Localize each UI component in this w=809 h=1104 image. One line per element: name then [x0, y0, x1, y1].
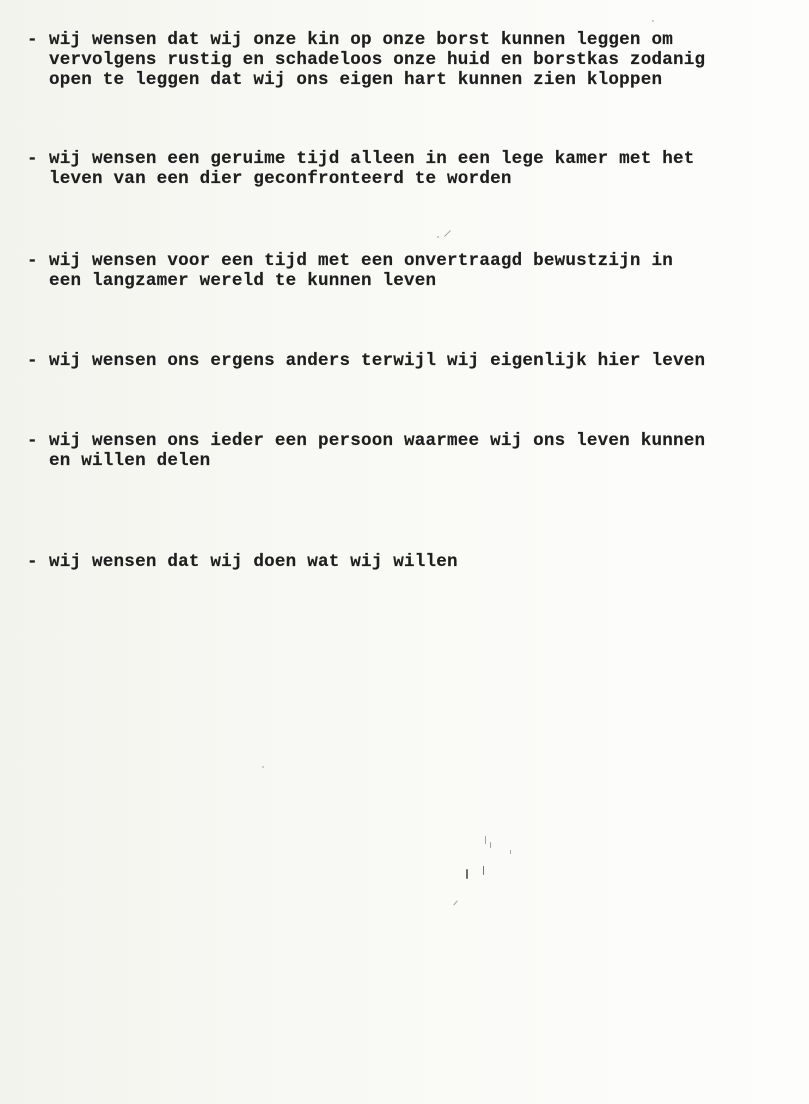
bullet-dash: - — [27, 149, 49, 169]
wish-line: -wij wensen een geruime tijd alleen in e… — [27, 149, 694, 169]
wish-text: open te leggen dat wij ons eigen hart ku… — [49, 70, 662, 90]
bullet-dash: - — [27, 30, 49, 50]
wish-text: een langzamer wereld te kunnen leven — [49, 271, 436, 291]
wish-line: -wij wensen voor een tijd met een onvert… — [27, 251, 673, 271]
wish-text: wij wensen dat wij onze kin op onze bors… — [49, 30, 673, 50]
bullet-dash: - — [27, 552, 49, 572]
wish-item-2: -wij wensen een geruime tijd alleen in e… — [27, 149, 694, 189]
wish-line: -wij wensen dat wij onze kin op onze bor… — [27, 30, 705, 50]
wish-text: en willen delen — [49, 451, 210, 471]
wish-text: wij wensen ons ergens anders terwijl wij… — [49, 351, 705, 371]
wish-text: leven van een dier geconfronteerd te wor… — [49, 169, 512, 189]
wish-text: wij wensen dat wij doen wat wij willen — [49, 552, 458, 572]
wish-line: en willen delen — [27, 451, 705, 471]
wish-text: wij wensen voor een tijd met een onvertr… — [49, 251, 673, 271]
wish-item-3: -wij wensen voor een tijd met een onvert… — [27, 251, 673, 291]
bullet-dash: - — [27, 431, 49, 451]
wish-line: -wij wensen ons ergens anders terwijl wi… — [27, 351, 705, 371]
bullet-dash: - — [27, 351, 49, 371]
wish-text: wij wensen ons ieder een persoon waarmee… — [49, 431, 705, 451]
wish-line: open te leggen dat wij ons eigen hart ku… — [27, 70, 705, 90]
wish-line: een langzamer wereld te kunnen leven — [27, 271, 673, 291]
wish-text: wij wensen een geruime tijd alleen in ee… — [49, 149, 694, 169]
wish-item-6: -wij wensen dat wij doen wat wij willen — [27, 552, 458, 572]
wish-text: vervolgens rustig en schadeloos onze hui… — [49, 50, 705, 70]
wish-item-5: -wij wensen ons ieder een persoon waarme… — [27, 431, 705, 471]
bullet-dash: - — [27, 251, 49, 271]
wish-line: vervolgens rustig en schadeloos onze hui… — [27, 50, 705, 70]
typewritten-page: -wij wensen dat wij onze kin op onze bor… — [0, 0, 809, 1104]
wish-item-4: -wij wensen ons ergens anders terwijl wi… — [27, 351, 705, 371]
wish-line: leven van een dier geconfronteerd te wor… — [27, 169, 694, 189]
wish-item-1: -wij wensen dat wij onze kin op onze bor… — [27, 30, 705, 90]
wish-line: -wij wensen dat wij doen wat wij willen — [27, 552, 458, 572]
wish-line: -wij wensen ons ieder een persoon waarme… — [27, 431, 705, 451]
